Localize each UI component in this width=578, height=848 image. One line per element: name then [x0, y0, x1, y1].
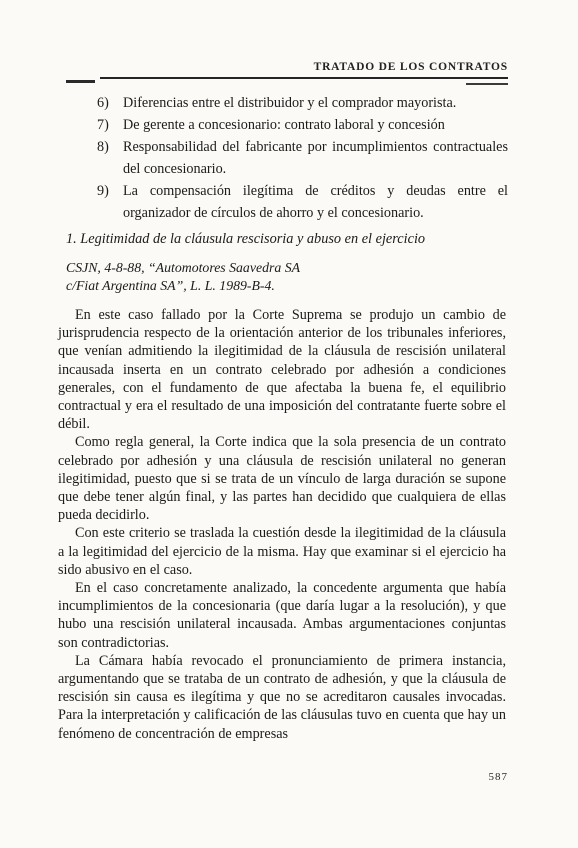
body-paragraph: En este caso fallado por la Corte Suprem… [58, 306, 506, 433]
list-item: 7) De gerente a concesionario: contrato … [58, 114, 508, 136]
list-item-text: Responsabilidad del fabricante por incum… [123, 136, 508, 180]
list-item-number: 7) [97, 114, 123, 136]
list-item: 9) La compensación ilegítima de créditos… [58, 180, 508, 224]
scanned-page: TRATADO DE LOS CONTRATOS 6) Diferencias … [0, 0, 578, 848]
section-heading: 1. Legitimidad de la cláusula rescisoria… [66, 230, 508, 248]
list-item: 8) Responsabilidad del fabricante por in… [58, 136, 508, 180]
body-text: En este caso fallado por la Corte Suprem… [58, 306, 506, 743]
list-item: 6) Diferencias entre el distribuidor y e… [58, 92, 508, 114]
page-number: 587 [489, 771, 509, 783]
body-paragraph: Con este criterio se traslada la cuestió… [58, 524, 506, 579]
body-paragraph: La Cámara había revocado el pronunciamie… [58, 652, 506, 743]
body-paragraph: Como regla general, la Corte indica que … [58, 433, 506, 524]
case-citation: CSJN, 4-8-88, “Automotores Saavedra SA c… [66, 259, 508, 294]
list-item-text: De gerente a concesionario: contrato lab… [123, 114, 508, 136]
body-paragraph: En el caso concretamente analizado, la c… [58, 579, 506, 652]
header-rule-short [466, 83, 508, 85]
list-item-number: 6) [97, 92, 123, 114]
list-item-text: La compensación ilegítima de créditos y … [123, 180, 508, 224]
topic-list: 6) Diferencias entre el distribuidor y e… [58, 92, 508, 224]
citation-line: c/Fiat Argentina SA”, L. L. 1989-B-4. [66, 277, 508, 295]
citation-line: CSJN, 4-8-88, “Automotores Saavedra SA [66, 259, 508, 277]
list-item-number: 8) [97, 136, 123, 180]
running-header-title: TRATADO DE LOS CONTRATOS [314, 61, 508, 73]
list-item-text: Diferencias entre el distribuidor y el c… [123, 92, 508, 114]
header-left-dash [66, 80, 95, 83]
header-rule [100, 77, 508, 79]
list-item-number: 9) [97, 180, 123, 224]
